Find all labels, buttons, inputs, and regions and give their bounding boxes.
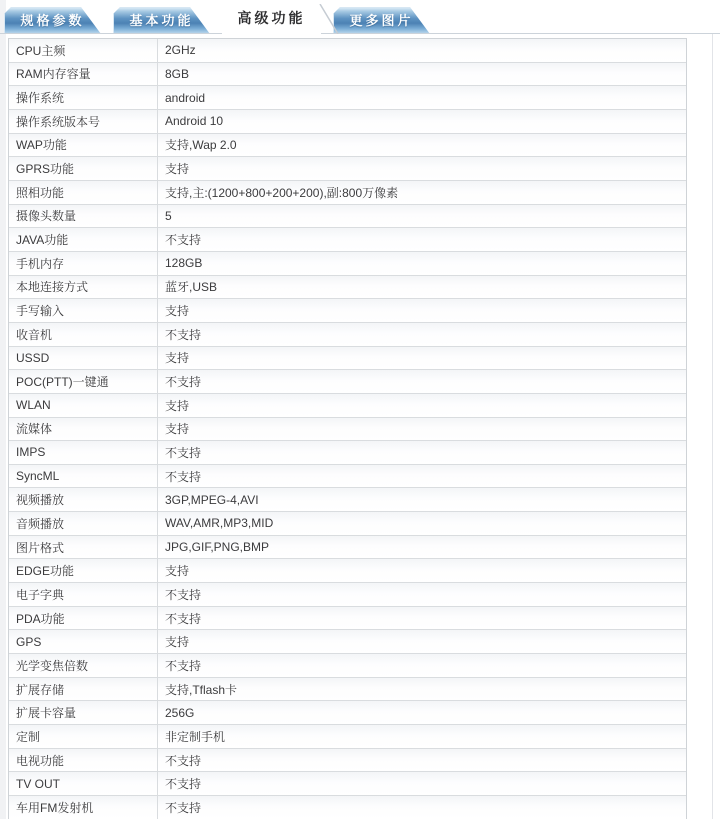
spec-value: 非定制手机 [158,725,686,748]
spec-label: 音频播放 [9,512,158,535]
table-row: WAP功能 支持,Wap 2.0 [9,134,686,158]
spec-label: 视频播放 [9,488,158,511]
spec-value: 不支持 [158,228,686,251]
spec-label: 图片格式 [9,536,158,559]
page-left-edge [0,0,6,819]
table-row: 收音机 不支持 [9,323,686,347]
tab-spec-params[interactable]: 规格参数 [4,7,101,34]
spec-value: 不支持 [158,370,686,393]
tab-bar: 规格参数 基本功能 高级功能 更多图片 [0,0,720,34]
table-row: 图片格式 JPG,GIF,PNG,BMP [9,536,686,560]
table-row: WLAN 支持 [9,394,686,418]
page-right-border [712,34,713,819]
spec-value: 支持 [158,394,686,417]
spec-label: 操作系统版本号 [9,110,158,133]
table-row: 定制 非定制手机 [9,725,686,749]
tab-label: 高级功能 [238,10,306,26]
spec-value: android [158,86,686,109]
table-row: 摄像头数量 5 [9,205,686,229]
spec-label: WLAN [9,394,158,417]
table-row: 光学变焦倍数 不支持 [9,654,686,678]
spec-value: 不支持 [158,772,686,795]
spec-value: 支持 [158,347,686,370]
spec-label: 照相功能 [9,181,158,204]
table-row: 操作系统版本号 Android 10 [9,110,686,134]
spec-value: 8GB [158,63,686,86]
spec-page: 规格参数 基本功能 高级功能 更多图片 CPU主频 2GHz RAM内存容量 8… [0,0,720,819]
spec-label: POC(PTT)一键通 [9,370,158,393]
table-row: 电子字典 不支持 [9,583,686,607]
table-row: GPS 支持 [9,630,686,654]
spec-label: RAM内存容量 [9,63,158,86]
spec-label: 电子字典 [9,583,158,606]
spec-value: 支持 [158,630,686,653]
spec-value: JPG,GIF,PNG,BMP [158,536,686,559]
spec-label: CPU主频 [9,39,158,62]
spec-label: JAVA功能 [9,228,158,251]
spec-value: 支持 [158,559,686,582]
spec-label: 光学变焦倍数 [9,654,158,677]
table-row: PDA功能 不支持 [9,607,686,631]
table-row: USSD 支持 [9,347,686,371]
spec-value: 支持 [158,418,686,441]
spec-label: 手机内存 [9,252,158,275]
spec-value: 5 [158,205,686,228]
spec-label: PDA功能 [9,607,158,630]
spec-label: 车用FM发射机 [9,796,158,819]
spec-label: 摄像头数量 [9,205,158,228]
table-row: 音频播放 WAV,AMR,MP3,MID [9,512,686,536]
tab-basic-functions[interactable]: 基本功能 [113,7,210,34]
spec-value: 支持 [158,157,686,180]
table-row: 流媒体 支持 [9,418,686,442]
table-row: GPRS功能 支持 [9,157,686,181]
spec-value: 支持 [158,299,686,322]
spec-value: 不支持 [158,465,686,488]
spec-label: IMPS [9,441,158,464]
table-row: 视频播放 3GP,MPEG-4,AVI [9,488,686,512]
spec-label: 电视功能 [9,749,158,772]
table-row: POC(PTT)一键通 不支持 [9,370,686,394]
spec-value: 2GHz [158,39,686,62]
table-row: CPU主频 2GHz [9,39,686,63]
spec-value: 不支持 [158,583,686,606]
spec-label: 定制 [9,725,158,748]
tab-advanced-functions[interactable]: 高级功能 [222,3,321,34]
table-row: 本地连接方式 蓝牙,USB [9,276,686,300]
spec-label: WAP功能 [9,134,158,157]
tab-label: 更多图片 [349,13,413,28]
table-row: RAM内存容量 8GB [9,63,686,87]
spec-value: WAV,AMR,MP3,MID [158,512,686,535]
table-row: 手写输入 支持 [9,299,686,323]
spec-value: 支持,主:(1200+800+200+200),副:800万像素 [158,181,686,204]
spec-value: 不支持 [158,654,686,677]
spec-value: 3GP,MPEG-4,AVI [158,488,686,511]
table-row: 手机内存 128GB [9,252,686,276]
table-row: SyncML 不支持 [9,465,686,489]
spec-label: 操作系统 [9,86,158,109]
spec-label: 收音机 [9,323,158,346]
table-row: 扩展卡容量 256G [9,701,686,725]
spec-value: 不支持 [158,607,686,630]
table-row: JAVA功能 不支持 [9,228,686,252]
spec-value: 蓝牙,USB [158,276,686,299]
spec-label: EDGE功能 [9,559,158,582]
spec-value: 支持,Wap 2.0 [158,134,686,157]
spec-label: USSD [9,347,158,370]
table-row: 电视功能 不支持 [9,749,686,773]
spec-value: 不支持 [158,441,686,464]
spec-label: 扩展卡容量 [9,701,158,724]
tab-label: 规格参数 [20,13,84,28]
tab-more-images[interactable]: 更多图片 [333,7,430,34]
spec-value: 支持,Tflash卡 [158,678,686,701]
table-row: 扩展存储 支持,Tflash卡 [9,678,686,702]
table-row: 照相功能 支持,主:(1200+800+200+200),副:800万像素 [9,181,686,205]
spec-table: CPU主频 2GHz RAM内存容量 8GB 操作系统 android 操作系统… [8,38,687,819]
spec-value: 不支持 [158,796,686,819]
table-row: 车用FM发射机 不支持 [9,796,686,819]
table-row: 操作系统 android [9,86,686,110]
spec-label: 本地连接方式 [9,276,158,299]
table-row: EDGE功能 支持 [9,559,686,583]
table-row: IMPS 不支持 [9,441,686,465]
spec-label: 扩展存储 [9,678,158,701]
spec-value: Android 10 [158,110,686,133]
spec-label: GPRS功能 [9,157,158,180]
spec-value: 不支持 [158,323,686,346]
spec-value: 128GB [158,252,686,275]
tab-label: 基本功能 [129,13,193,28]
spec-label: 手写输入 [9,299,158,322]
spec-value: 不支持 [158,749,686,772]
spec-label: TV OUT [9,772,158,795]
spec-value: 256G [158,701,686,724]
spec-label: SyncML [9,465,158,488]
table-row: TV OUT 不支持 [9,772,686,796]
spec-label: 流媒体 [9,418,158,441]
spec-label: GPS [9,630,158,653]
